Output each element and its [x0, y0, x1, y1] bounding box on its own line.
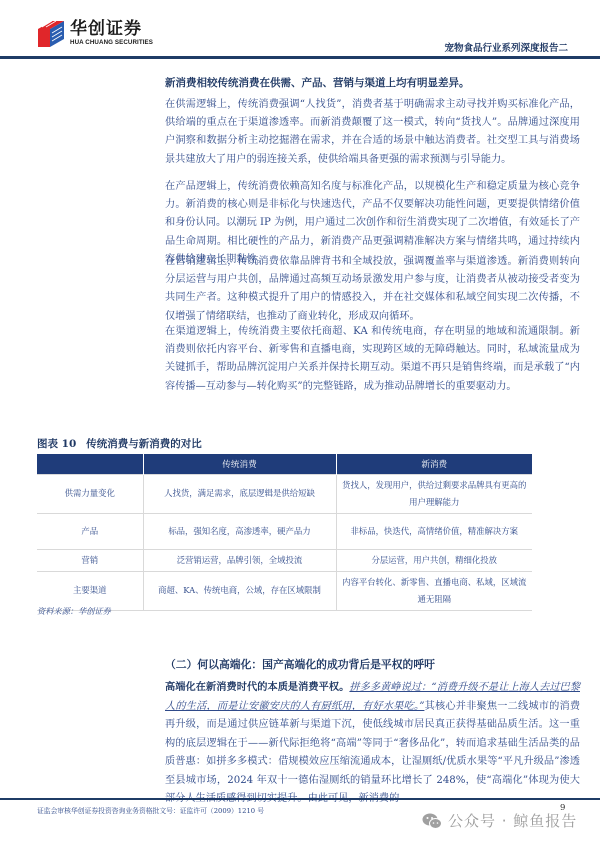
- report-title: 宠物食品行业系列深度报告二: [444, 40, 568, 54]
- paragraph-premiumization: 高端化在新消费时代的本质是消费平权。拼多多黄峥说过：“消费升级不是让上海人去过巴…: [165, 678, 580, 809]
- wechat-icon: [422, 813, 442, 829]
- table-header-cell: [37, 454, 143, 474]
- table-header-cell: 新消费: [336, 454, 532, 474]
- paragraph-supply-demand: 在供需逻辑上，传统消费强调“人找货”，消费者基于明确需求主动寻找并购买标准化产品…: [165, 96, 580, 169]
- comparison-table: 传统消费 新消费 供需力量变化 人找货，满足需求，底层逻辑是供给短缺 货找人，发…: [37, 454, 532, 611]
- logo-english-name: HUA CHUANG SECURITIES: [70, 39, 153, 47]
- logo-cube-icon: [38, 21, 66, 47]
- page-header: 华创证券 HUA CHUANG SECURITIES 宠物食品行业系列深度报告二: [0, 0, 600, 62]
- figure-title: 图表 10传统消费与新消费的对比: [37, 436, 202, 451]
- watermark-text: 公众号 · 鲸鱼报告: [448, 810, 577, 831]
- figure-caption: 传统消费与新消费的对比: [86, 438, 202, 450]
- table-row: 供需力量变化 人找货，满足需求，底层逻辑是供给短缺 货找人，发现用户，供给过剩要…: [37, 474, 532, 513]
- premiumization-body: 其核心并非聚焦一二线城市的消费再升级，而是通过供应链革新与渠道下沉，使低线城市居…: [165, 701, 580, 805]
- figure-number: 图表 10: [37, 438, 76, 450]
- table-header-cell: 传统消费: [143, 454, 336, 474]
- table-cell: 非标品，快迭代，高情绪价值，精准解决方案: [336, 513, 532, 549]
- company-logo: 华创证券 HUA CHUANG SECURITIES: [38, 20, 153, 47]
- table-cell: 主要渠道: [37, 571, 143, 610]
- footer-divider: [0, 798, 600, 800]
- paragraph-marketing: 在营销逻辑上，传统消费依靠品牌背书和全域投放，强调覆盖率与渠道渗透。新消费则转向…: [165, 253, 580, 326]
- premiumization-lead: 高端化在新消费时代的本质是消费平权。: [165, 681, 349, 693]
- paragraph-channel: 在渠道逻辑上，传统消费主要依托商超、KA 和传统电商，存在明显的地域和流通限制。…: [165, 323, 580, 396]
- table-cell: 产品: [37, 513, 143, 549]
- table-cell: 供需力量变化: [37, 474, 143, 513]
- intro-lead: 新消费相较传统消费在供需、产品、营销与渠道上均有明显差异。: [165, 74, 580, 92]
- table-cell: 标品，强知名度，高渗透率，硬产品力: [143, 513, 336, 549]
- regulatory-note: 证监会审核华创证券投资咨询业务资格批文号：证监许可（2009）1210 号: [37, 805, 264, 815]
- table-row: 营销 泛营销运营，品牌引领，全域投流 分层运营，用户共创，精细化投放: [37, 549, 532, 571]
- table-row: 产品 标品，强知名度，高渗透率，硬产品力 非标品，快迭代，高情绪价值，精准解决方…: [37, 513, 532, 549]
- figure-source: 资料来源：华创证券: [37, 606, 111, 617]
- section-heading: （二）何以高端化：国产高端化的成功背后是平权的呼吁: [165, 657, 435, 672]
- header-divider: [0, 56, 600, 59]
- wechat-watermark: 公众号 · 鲸鱼报告: [422, 810, 577, 831]
- table-cell: 营销: [37, 549, 143, 571]
- table-cell: 人找货，满足需求，底层逻辑是供给短缺: [143, 474, 336, 513]
- table-cell: 商超、KA、传统电商，公域，存在区域限制: [143, 571, 336, 610]
- table-cell: 内容平台转化、新零售、直播电商、私域，区域流通无阻隔: [336, 571, 532, 610]
- table-cell: 分层运营，用户共创，精细化投放: [336, 549, 532, 571]
- table-cell: 泛营销运营，品牌引领，全域投流: [143, 549, 336, 571]
- logo-chinese-name: 华创证券: [70, 20, 153, 39]
- table-cell: 货找人，发现用户，供给过剩要求品牌具有更高的用户理解能力: [336, 474, 532, 513]
- table-header-row: 传统消费 新消费: [37, 454, 532, 474]
- table-row: 主要渠道 商超、KA、传统电商，公域，存在区域限制 内容平台转化、新零售、直播电…: [37, 571, 532, 610]
